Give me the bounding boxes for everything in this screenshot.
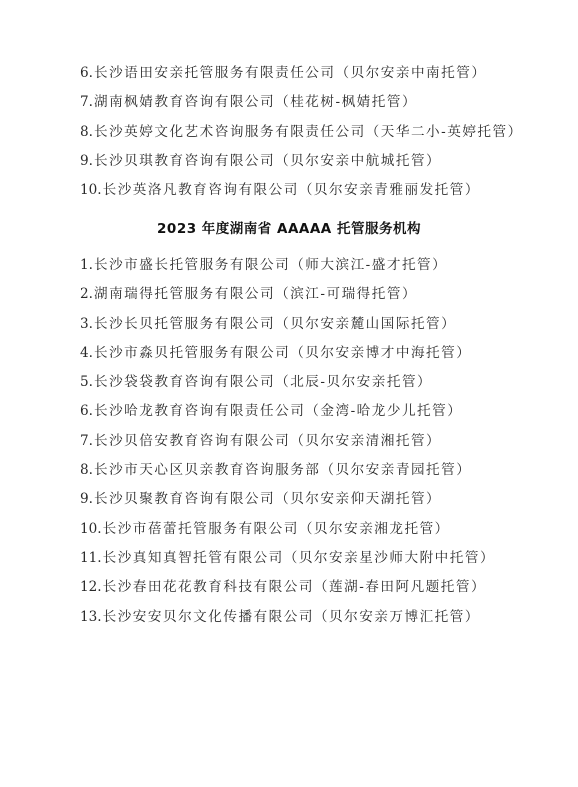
list-item: 7.长沙贝倍安教育咨询有限公司（贝尔安亲清湘托管） [80, 427, 495, 456]
document-page: 6.长沙语田安亲托管服务有限责任公司（贝尔安亲中南托管） 7.湖南枫婧教育咨询有… [0, 0, 578, 787]
list-item: 6.长沙语田安亲托管服务有限责任公司（贝尔安亲中南托管） [80, 59, 523, 88]
item-number: 6. [80, 65, 93, 81]
item-text: 长沙英洛凡教育咨询有限公司（贝尔安亲青雅丽发托管） [103, 182, 480, 198]
item-text: 长沙市蓓蕾托管服务有限公司（贝尔安亲湘龙托管） [103, 521, 450, 537]
list-item: 13.长沙安安贝尔文化传播有限公司（贝尔安亲万博汇托管） [80, 603, 495, 632]
list-item: 9.长沙贝琪教育咨询有限公司（贝尔安亲中航城托管） [80, 147, 523, 176]
list-item: 4.长沙市淼贝托管服务有限公司（贝尔安亲博才中海托管） [80, 339, 495, 368]
list-item: 8.长沙市天心区贝亲教育咨询服务部（贝尔安亲青园托管） [80, 456, 495, 485]
item-text: 湖南瑞得托管服务有限公司（滨江-可瑞得托管） [94, 286, 417, 302]
item-number: 7. [80, 94, 93, 110]
item-text: 长沙市淼贝托管服务有限公司（贝尔安亲博才中海托管） [94, 345, 471, 361]
item-number: 8. [80, 124, 93, 140]
item-number: 3. [80, 316, 93, 332]
item-number: 4. [80, 345, 93, 361]
list-item: 6.长沙哈龙教育咨询有限责任公司（金湾-哈龙少儿托管） [80, 397, 495, 426]
list-item: 10.长沙英洛凡教育咨询有限公司（贝尔安亲青雅丽发托管） [80, 176, 523, 205]
item-number: 1. [80, 257, 93, 273]
item-text: 长沙春田花花教育科技有限公司（莲湖-春田阿凡题托管） [103, 579, 486, 595]
item-number: 6. [80, 403, 93, 419]
list-item: 5.长沙袋袋教育咨询有限公司（北辰-贝尔安亲托管） [80, 368, 495, 397]
item-text: 长沙安安贝尔文化传播有限公司（贝尔安亲万博汇托管） [103, 609, 480, 625]
item-text: 长沙市盛长托管服务有限公司（师大滨江-盛才托管） [94, 257, 447, 273]
item-number: 2. [80, 286, 93, 302]
list-item: 12.长沙春田花花教育科技有限公司（莲湖-春田阿凡题托管） [80, 573, 495, 602]
aaaaa-institution-list: 1.长沙市盛长托管服务有限公司（师大滨江-盛才托管） 2.湖南瑞得托管服务有限公… [80, 251, 495, 632]
item-number: 9. [80, 153, 93, 169]
list-item: 2.湖南瑞得托管服务有限公司（滨江-可瑞得托管） [80, 280, 495, 309]
item-number: 8. [80, 462, 93, 478]
list-item: 10.长沙市蓓蕾托管服务有限公司（贝尔安亲湘龙托管） [80, 515, 495, 544]
list-item: 1.长沙市盛长托管服务有限公司（师大滨江-盛才托管） [80, 251, 495, 280]
item-number: 7. [80, 433, 93, 449]
item-number: 9. [80, 491, 93, 507]
item-text: 长沙真知真智托管有限公司（贝尔安亲星沙师大附中托管） [103, 550, 495, 566]
item-text: 长沙英婷文化艺术咨询服务有限责任公司（天华二小-英婷托管） [94, 124, 523, 140]
item-text: 长沙贝琪教育咨询有限公司（贝尔安亲中航城托管） [94, 153, 441, 169]
item-text: 长沙长贝托管服务有限公司（贝尔安亲麓山国际托管） [94, 316, 456, 332]
item-text: 长沙哈龙教育咨询有限责任公司（金湾-哈龙少儿托管） [94, 403, 462, 419]
item-text: 长沙市天心区贝亲教育咨询服务部（贝尔安亲青园托管） [94, 462, 471, 478]
list-item: 9.长沙贝聚教育咨询有限公司（贝尔安亲仰天湖托管） [80, 485, 495, 514]
item-text: 湖南枫婧教育咨询有限公司（桂花树-枫婧托管） [94, 94, 417, 110]
item-number: 10. [80, 521, 102, 537]
section-title: 2023 年度湖南省 AAAAA 托管服务机构 [0, 216, 578, 242]
item-number: 13. [80, 609, 102, 625]
item-number: 5. [80, 374, 93, 390]
item-number: 10. [80, 182, 102, 198]
list-item: 7.湖南枫婧教育咨询有限公司（桂花树-枫婧托管） [80, 88, 523, 117]
item-number: 12. [80, 579, 102, 595]
list-item: 3.长沙长贝托管服务有限公司（贝尔安亲麓山国际托管） [80, 310, 495, 339]
list-item: 11.长沙真知真智托管有限公司（贝尔安亲星沙师大附中托管） [80, 544, 495, 573]
item-text: 长沙语田安亲托管服务有限责任公司（贝尔安亲中南托管） [94, 65, 486, 81]
item-number: 11. [80, 550, 102, 566]
item-text: 长沙贝倍安教育咨询有限公司（贝尔安亲清湘托管） [94, 433, 441, 449]
item-text: 长沙袋袋教育咨询有限公司（北辰-贝尔安亲托管） [94, 374, 432, 390]
item-text: 长沙贝聚教育咨询有限公司（贝尔安亲仰天湖托管） [94, 491, 441, 507]
list-item: 8.长沙英婷文化艺术咨询服务有限责任公司（天华二小-英婷托管） [80, 118, 523, 147]
previous-section-list: 6.长沙语田安亲托管服务有限责任公司（贝尔安亲中南托管） 7.湖南枫婧教育咨询有… [80, 59, 523, 205]
